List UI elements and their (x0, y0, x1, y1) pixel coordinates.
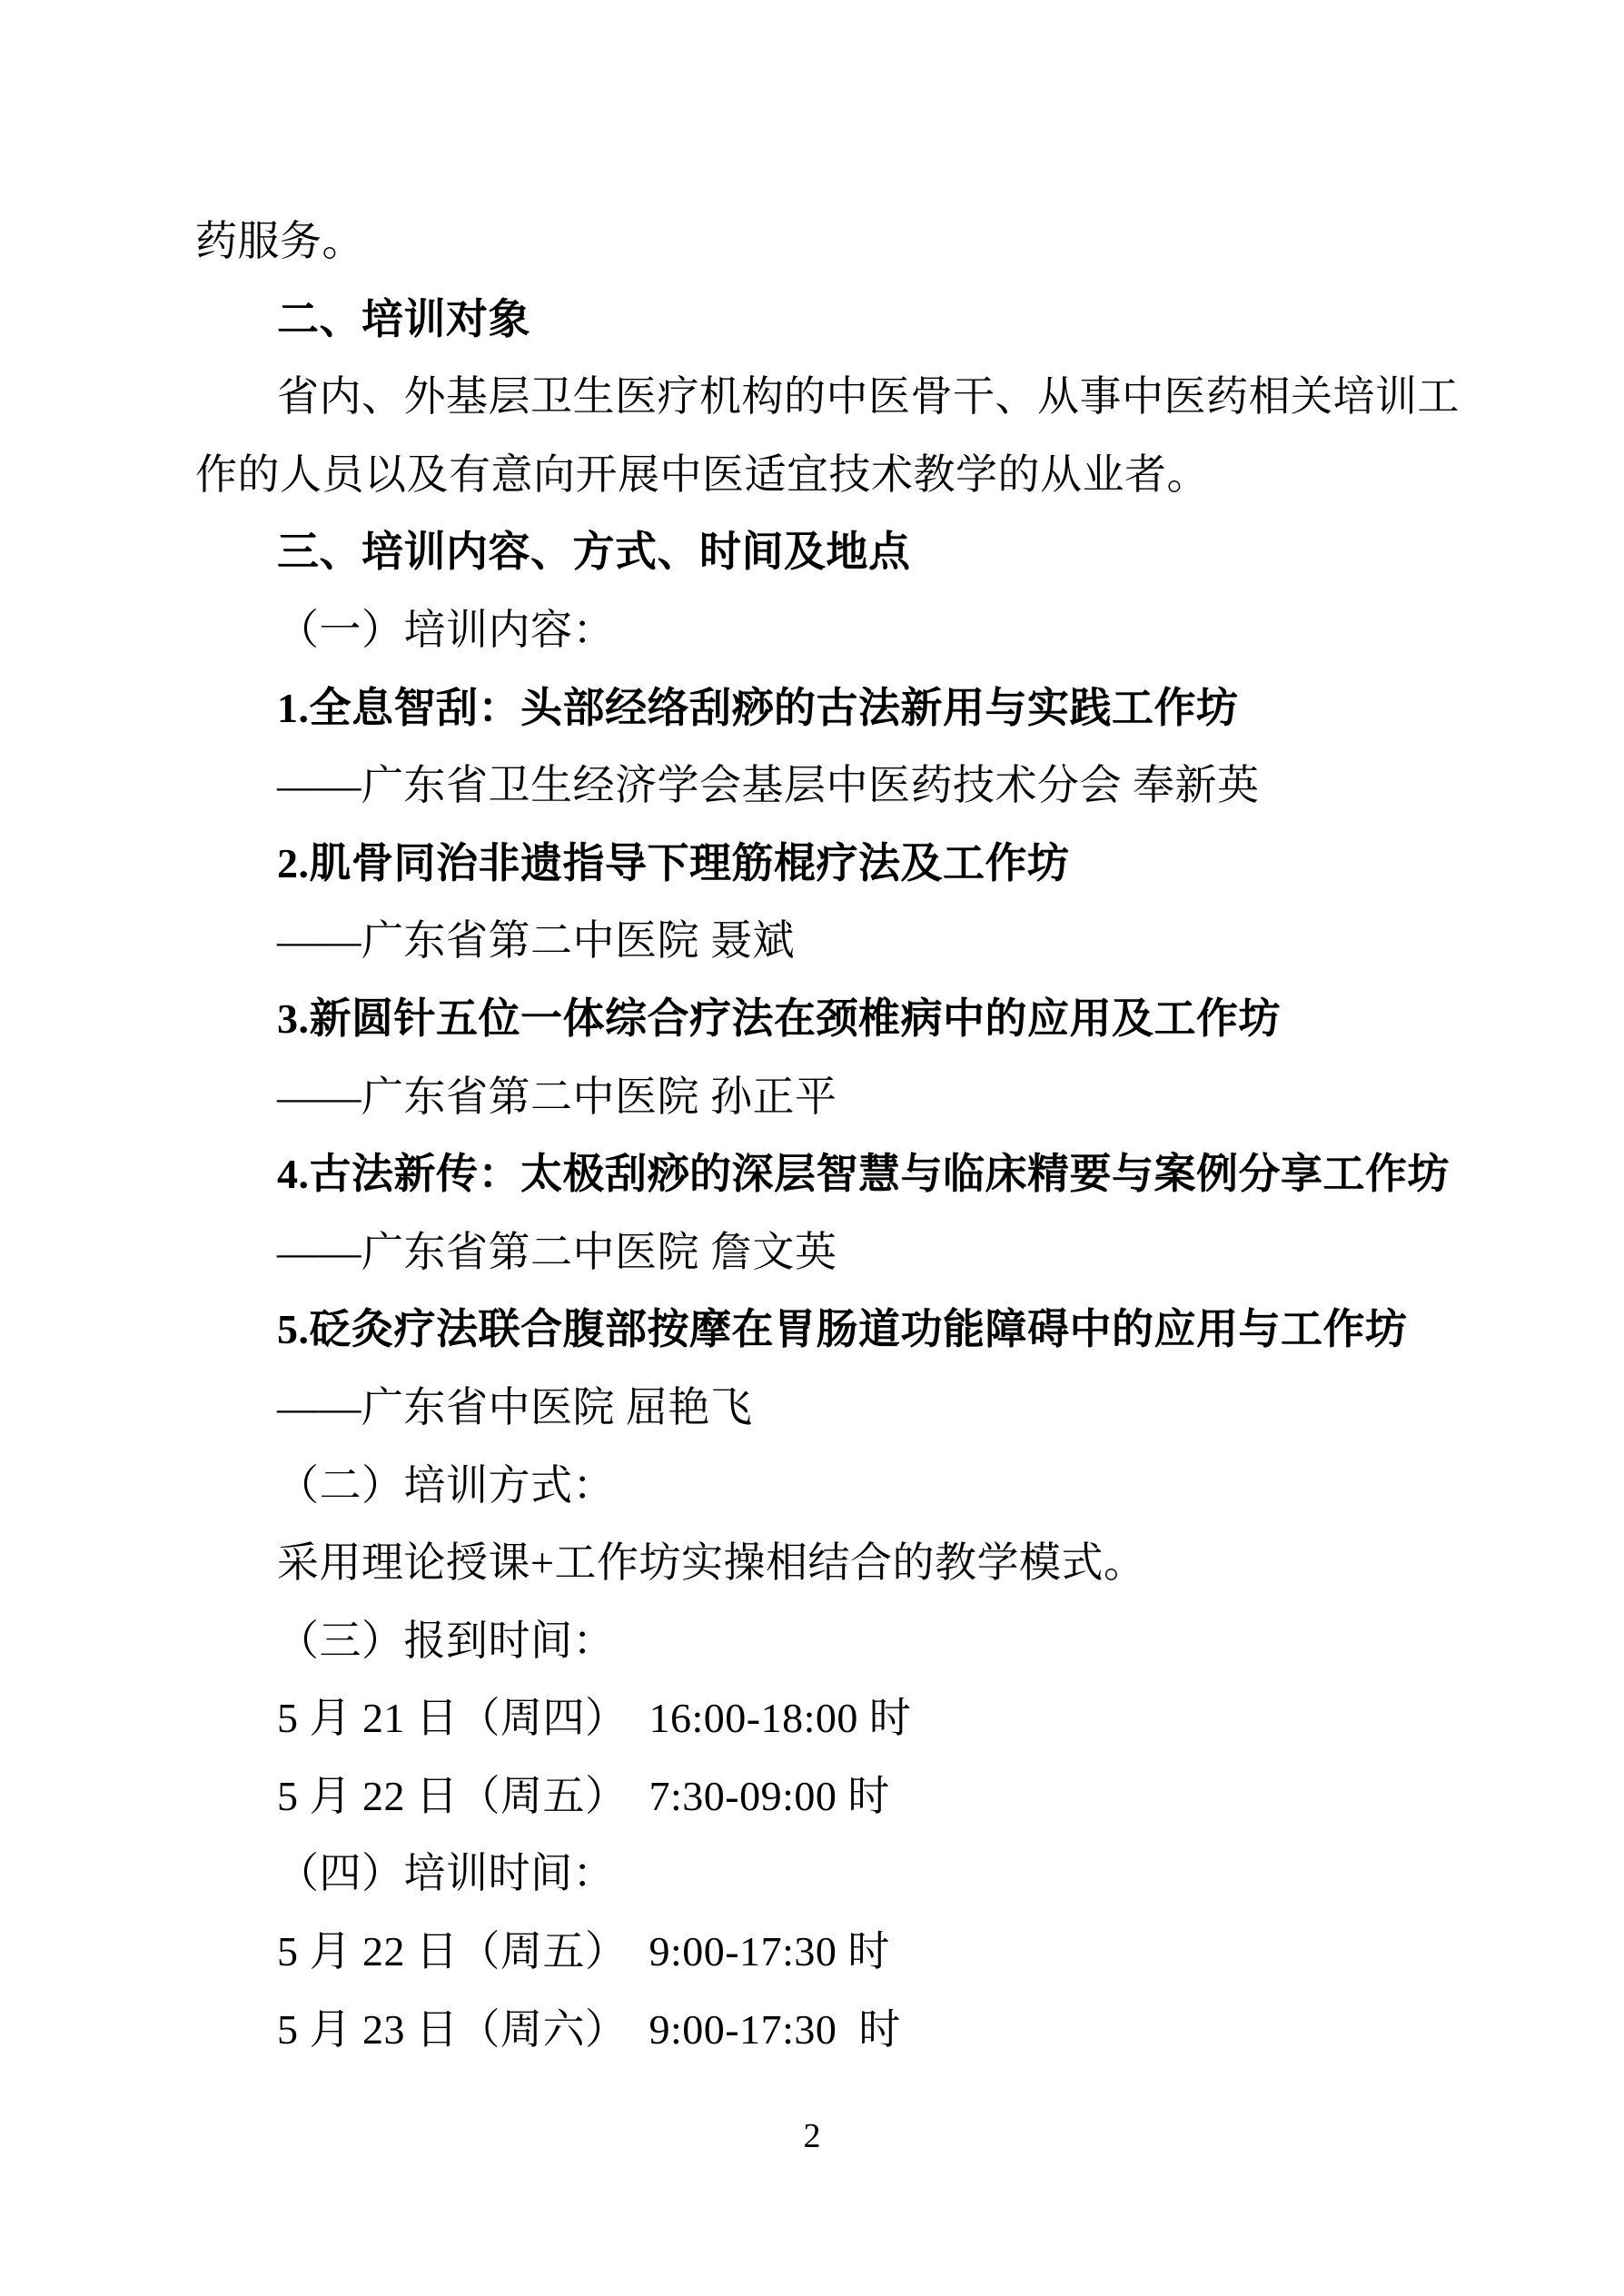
text-line: 5 月 22 日（周五） 9:00-17:30 时 (195, 1913, 1467, 1991)
heading-line: 1.全息智刮：头部经络刮痧的古法新用与实践工作坊 (195, 669, 1467, 747)
text-line: ——广东省第二中医院 孙正平 (195, 1058, 1467, 1136)
text-line: 省内、外基层卫生医疗机构的中医骨干、从事中医药相关培训工 (195, 358, 1467, 436)
heading-line: 二、培训对象 (195, 281, 1467, 359)
page-number: 2 (804, 2117, 821, 2155)
text-line: （一）培训内容： (195, 591, 1467, 669)
heading-line: 2.肌骨同治非遗指导下理筋棍疗法及工作坊 (195, 825, 1467, 903)
heading-line: 5.砭灸疗法联合腹部按摩在胃肠道功能障碍中的应用与工作坊 (195, 1291, 1467, 1369)
heading-line: 三、培训内容、方式、时间及地点 (195, 513, 1467, 591)
page-footer: 2 (0, 2116, 1624, 2156)
text-line: （三）报到时间： (195, 1602, 1467, 1680)
text-line: 药服务。 (195, 203, 1467, 281)
text-line: ——广东省中医院 屈艳飞 (195, 1369, 1467, 1447)
heading-line: 4.古法新传：太极刮痧的深层智慧与临床精要与案例分享工作坊 (195, 1135, 1467, 1213)
heading-line: 3.新圆针五位一体综合疗法在颈椎病中的应用及工作坊 (195, 980, 1467, 1058)
text-line: 5 月 21 日（周四） 16:00-18:00 时 (195, 1679, 1467, 1757)
text-line: 采用理论授课+工作坊实操相结合的教学模式。 (195, 1524, 1467, 1602)
document-body: 药服务。二、培训对象省内、外基层卫生医疗机构的中医骨干、从事中医药相关培训工作的… (195, 203, 1467, 2068)
text-line: 5 月 22 日（周五） 7:30-09:00 时 (195, 1757, 1467, 1836)
text-line: ——广东省第二中医院 聂斌 (195, 902, 1467, 980)
text-line: （二）培训方式： (195, 1447, 1467, 1525)
text-line: 作的人员以及有意向开展中医适宜技术教学的从业者。 (195, 436, 1467, 514)
document-page: 药服务。二、培训对象省内、外基层卫生医疗机构的中医骨干、从事中医药相关培训工作的… (0, 0, 1624, 2296)
text-line: ——广东省卫生经济学会基层中医药技术分会 奉新英 (195, 747, 1467, 825)
text-line: ——广东省第二中医院 詹文英 (195, 1213, 1467, 1291)
text-line: 5 月 23 日（周六） 9:00-17:30 时 (195, 1991, 1467, 2069)
text-line: （四）培训时间： (195, 1835, 1467, 1913)
